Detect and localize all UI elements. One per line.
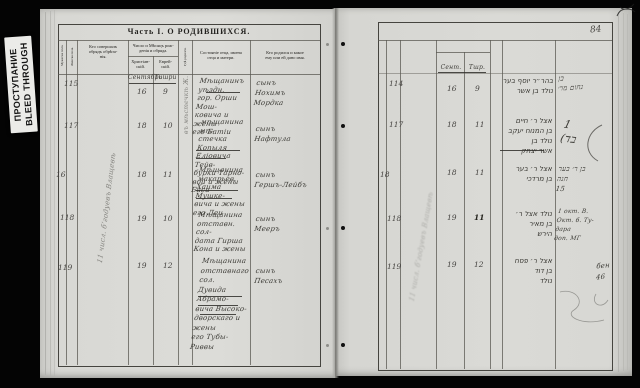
ink-underline bbox=[196, 158, 226, 159]
day-jewish: 9 bbox=[163, 87, 168, 96]
day-christian: 18 bbox=[447, 168, 457, 177]
day-christian: 19 bbox=[137, 214, 147, 223]
sewing-hole bbox=[341, 42, 345, 46]
table-line bbox=[378, 40, 612, 41]
table-line bbox=[153, 56, 154, 365]
header-col-father-label: Состояніе отца, имена отца и матери. bbox=[194, 50, 248, 60]
entry-number: 16 bbox=[56, 170, 66, 179]
day-jewish: 11 bbox=[475, 120, 485, 129]
table-line bbox=[178, 40, 179, 365]
father-entry: Мѣщанина отставн. сол- дата Гирша Кона и… bbox=[193, 211, 252, 254]
corner-ink-mark bbox=[616, 3, 636, 19]
page-edge-line bbox=[627, 14, 628, 370]
where-born-note: въ мѣстечкѣ Ж. bbox=[183, 74, 192, 134]
day-christian: 18 bbox=[447, 120, 457, 129]
binding-line bbox=[335, 8, 336, 378]
ink-underline bbox=[500, 150, 544, 151]
ink-underline bbox=[200, 314, 236, 315]
sewing-hole bbox=[341, 343, 345, 347]
entry-number: 114 bbox=[389, 79, 403, 88]
month-header-jewish: Тишри bbox=[153, 74, 178, 83]
margin-annotation: בן נחום מר׳ bbox=[557, 70, 608, 94]
day-jewish: 11 bbox=[163, 170, 173, 179]
table-line bbox=[58, 40, 320, 41]
day-christian: 19 bbox=[447, 213, 457, 222]
sewing-hole bbox=[341, 226, 345, 230]
header-col-father: Состояніе отца, имена отца и матери. bbox=[194, 50, 248, 68]
margin-annotation: בן ר׳ בער חנה 15 bbox=[555, 164, 611, 194]
day-jewish: 12 bbox=[163, 261, 173, 270]
table-line bbox=[436, 40, 437, 369]
sewing-hole-faint bbox=[326, 227, 329, 230]
page-edge-line bbox=[618, 12, 619, 372]
table-line bbox=[77, 40, 78, 365]
page-edge-line bbox=[45, 12, 46, 375]
ink-flourish bbox=[556, 286, 612, 334]
child-entry: сынъ Мееръ bbox=[254, 214, 317, 234]
father-entry: Мѣщанина макарьев. Хаима Мушке- вича и ж… bbox=[192, 166, 252, 217]
hebrew-entry: אצל ר׳ פסח בן דוד נולד bbox=[494, 256, 552, 286]
child-entry: сынъ Гершъ-Лейбъ bbox=[254, 170, 317, 190]
header-col-dates-label: Число и Мѣсяцъ рож- денія и обряда. bbox=[129, 43, 177, 53]
header-col-child: Кто родился и какое ему или ей дано имя. bbox=[252, 50, 318, 68]
entry-number: 117 bbox=[389, 120, 403, 129]
day-jewish: 9 bbox=[475, 84, 480, 93]
table-line bbox=[192, 40, 193, 365]
day-jewish: 12 bbox=[474, 260, 484, 269]
child-entry: сынъ Песахъ bbox=[254, 266, 317, 286]
header-col-rite-label: Кто совершалъ обрядъ обрѣза- нія. bbox=[80, 44, 126, 59]
ink-underline bbox=[196, 150, 240, 151]
table-line bbox=[386, 40, 387, 369]
ink-flourish bbox=[572, 122, 606, 164]
entry-number: 119 bbox=[387, 262, 401, 271]
table-line bbox=[464, 52, 465, 369]
sewing-hole-faint bbox=[326, 43, 329, 46]
page-edge-line bbox=[50, 11, 51, 376]
bleed-through-label: ПРОСТУПАНИЕ BLEED THROUGH bbox=[4, 36, 38, 134]
day-jewish: 10 bbox=[163, 214, 173, 223]
day-christian: 18 bbox=[137, 121, 147, 130]
table-line bbox=[490, 40, 491, 369]
entry-number: 18 bbox=[380, 170, 390, 179]
ink-underline bbox=[196, 190, 238, 191]
ink-underline bbox=[198, 296, 242, 297]
day-christian: 18 bbox=[137, 170, 147, 179]
ink-underline bbox=[198, 305, 238, 306]
sewing-hole bbox=[341, 124, 345, 128]
table-line bbox=[128, 40, 129, 365]
part-title: Часть I. О РОДИВШИХСЯ. bbox=[58, 27, 320, 36]
ink-underline bbox=[206, 92, 240, 93]
header-col-rite: Кто совершалъ обрядъ обрѣза- нія. bbox=[80, 44, 126, 71]
page-edge-line bbox=[54, 10, 55, 377]
day-jewish: 11 bbox=[475, 168, 485, 177]
margin-annotation: бен 46 bbox=[596, 258, 627, 283]
entry-number: 119 bbox=[58, 263, 72, 272]
header-col-where-label: Гдѣ родился. bbox=[183, 49, 187, 66]
table-line bbox=[400, 40, 401, 369]
entry-number: 115 bbox=[64, 79, 78, 88]
ink-underline bbox=[438, 72, 486, 73]
entry-number: 118 bbox=[387, 214, 401, 223]
header-col-female-label: Женска пола. bbox=[70, 49, 74, 66]
page-number: 84 bbox=[590, 25, 602, 36]
ink-underline bbox=[196, 198, 232, 199]
day-jewish: 11 bbox=[474, 213, 484, 222]
sewing-hole-faint bbox=[326, 344, 329, 347]
child-entry: сынъ Нохимъ Мордка bbox=[253, 78, 317, 108]
header-col-date-christian-label: Христіан- скій. bbox=[129, 59, 152, 69]
month-header-christian: Сентябрь bbox=[128, 74, 153, 83]
table-line bbox=[436, 52, 490, 53]
margin-annotation: 1 окт. В. Окт. б. Ту- дара доп. МГ bbox=[553, 207, 612, 243]
scanned-register-spread: ПРОСТУПАНИЕ BLEED THROUGH Часть I. О РОД… bbox=[0, 0, 640, 388]
page-edge-line bbox=[623, 13, 624, 371]
hebrew-entry: בהר״ר יוסף בער נולד בן אשר bbox=[498, 76, 553, 96]
entry-number: 117 bbox=[64, 121, 78, 130]
day-christian: 19 bbox=[447, 260, 457, 269]
child-entry: сынъ Нафтула bbox=[254, 124, 317, 144]
day-christian: 16 bbox=[137, 87, 147, 96]
day-christian: 16 bbox=[447, 84, 457, 93]
table-line bbox=[66, 40, 67, 365]
hebrew-entry: אצל ר׳ בער בן מרדכי bbox=[496, 164, 552, 184]
hebrew-entry: נולד אצל ר׳ בן מאיר הירש bbox=[494, 209, 552, 239]
header-col-child-label: Кто родился и какое ему или ей дано имя. bbox=[252, 50, 318, 60]
day-jewish: 10 bbox=[163, 121, 173, 130]
day-christian: 19 bbox=[137, 261, 147, 270]
entry-number: 118 bbox=[60, 213, 74, 222]
ink-underline bbox=[129, 83, 176, 84]
